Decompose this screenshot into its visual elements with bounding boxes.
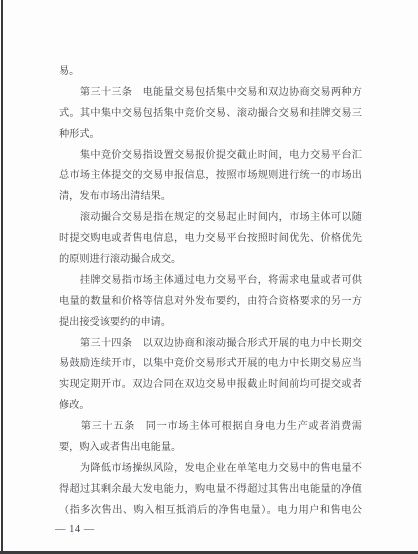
text-line: 易。 <box>59 62 362 83</box>
text-line: 总市场主体提交的交易申报信息，按照市场规则进行统一的市场出 <box>59 166 362 187</box>
text-line: 挂牌交易指市场主体通过电力交易平台，将需求电量或者可供 <box>59 271 362 292</box>
text-line: 电量的数量和价格等信息对外发布要约，由符合资格要求的另一方 <box>59 292 362 313</box>
text-line: 式。其中集中交易包括集中竞价交易、滚动撮合交易和挂牌交易三 <box>59 104 362 125</box>
text-line: 滚动撮合交易是指在规定的交易起止时间内，市场主体可以随 <box>59 208 362 229</box>
text-line: 得超过其剩余最大发电能力，购电量不得超过其售出电能量的净值 <box>59 480 362 501</box>
text-line: 集中竞价交易指设置交易报价提交截止时间，电力交易平台汇 <box>59 146 362 167</box>
text-line: 为降低市场操纵风险，发电企业在单笔电力交易中的售电量不 <box>59 459 362 480</box>
text-line: 实现定期开市。双边合同在双边交易申报截止时间前均可提交或者 <box>59 375 362 396</box>
text-line: 提出接受该要约的申请。 <box>59 313 362 334</box>
document-text: 易。 第三十三条 电能量交易包括集中交易和双边协商交易两种方 式。其中集中交易包… <box>59 62 362 522</box>
text-line: 要，购入或者售出电能量。 <box>59 438 362 459</box>
text-line: 第三十三条 电能量交易包括集中交易和双边协商交易两种方 <box>59 83 362 104</box>
scan-edge-left <box>1 0 3 554</box>
text-line: 清，发布市场出清结果。 <box>59 187 362 208</box>
document-page: 易。 第三十三条 电能量交易包括集中交易和双边协商交易两种方 式。其中集中交易包… <box>0 0 418 554</box>
text-line: 第三十五条 同一市场主体可根据自身电力生产或者消费需 <box>59 417 362 438</box>
text-line: 第三十四条 以双边协商和滚动撮合形式开展的电力中长期交 <box>59 334 362 355</box>
text-line: 种形式。 <box>59 125 362 146</box>
text-line: 的原则进行滚动撮合成交。 <box>59 250 362 271</box>
text-line: （指多次售出、购入相互抵消后的净售电量）。电力用户和售电公 <box>59 501 362 522</box>
text-line: 修改。 <box>59 396 362 417</box>
page-number: — 14 — <box>55 520 95 540</box>
text-line: 时提交购电或者售电信息，电力交易平台按照时间优先、价格优先 <box>59 229 362 250</box>
text-line: 易鼓励连续开市，以集中竞价交易形式开展的电力中长期交易应当 <box>59 354 362 375</box>
